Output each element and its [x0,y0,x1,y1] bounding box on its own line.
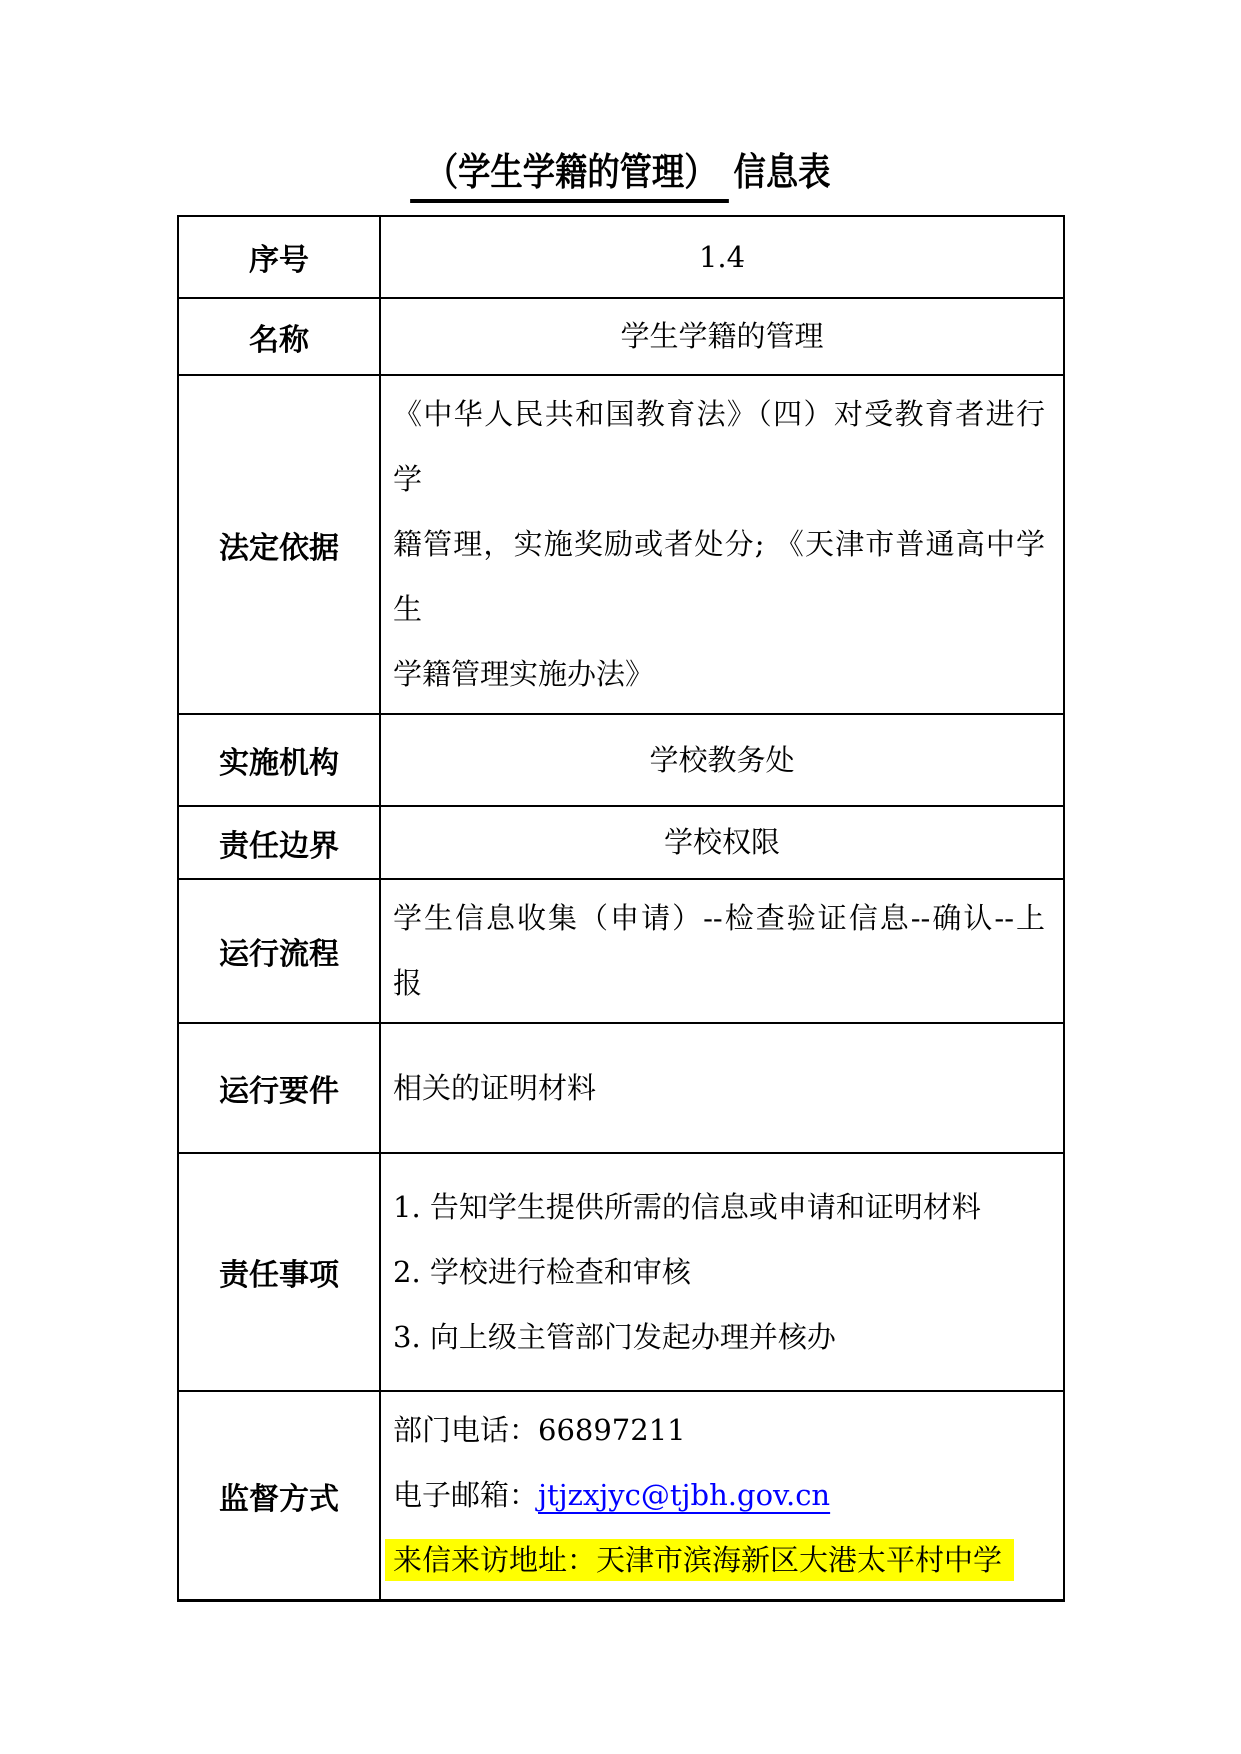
supervision-method-value: 部门电话：66897211 电子邮箱：jtjzxjyc@tjbh.gov.cn … [380,1391,1064,1601]
responsibility-items-label: 责任事项 [178,1153,380,1391]
legal-basis-label: 法定依据 [178,375,380,714]
table-row-responsibility-items: 责任事项 1. 告知学生提供所需的信息或申请和证明材料 2. 学校进行检查和审核… [178,1153,1064,1391]
operation-requirements-label: 运行要件 [178,1023,380,1153]
info-table: 序号 1.4 名称 学生学籍的管理 法定依据 《中华人民共和国教育法》（四）对受… [177,215,1065,1602]
highlighted-address: 来信来访地址：天津市滨海新区大港太平村中学 [385,1539,1014,1581]
implementing-agency-value: 学校教务处 [380,714,1064,806]
table-row-operation-process: 运行流程 学生信息收集（申请）--检查验证信息--确认--上 报 [178,879,1064,1023]
supervision-method-label: 监督方式 [178,1391,380,1601]
address-line: 来信来访地址：天津市滨海新区大港太平村中学 [393,1528,1045,1593]
operation-requirements-value: 相关的证明材料 [380,1023,1064,1153]
table-row-legal-basis: 法定依据 《中华人民共和国教育法》（四）对受教育者进行学 籍管理，实施奖励或者处… [178,375,1064,714]
name-value: 学生学籍的管理 [380,298,1064,375]
operation-process-line-1: 学生信息收集（申请）--检查验证信息--确认--上 [393,886,1045,951]
table-row-operation-requirements: 运行要件 相关的证明材料 [178,1023,1064,1153]
table-row-responsibility-boundary: 责任边界 学校权限 [178,806,1064,879]
legal-basis-line-1: 《中华人民共和国教育法》（四）对受教育者进行学 [393,382,1045,512]
email-link[interactable]: jtjzxjyc@tjbh.gov.cn [538,1478,830,1512]
department-phone-line: 部门电话：66897211 [393,1398,1045,1463]
name-label: 名称 [178,298,380,375]
operation-process-line-2: 报 [393,951,1045,1016]
operation-process-value: 学生信息收集（申请）--检查验证信息--确认--上 报 [380,879,1064,1023]
responsibility-items-value: 1. 告知学生提供所需的信息或申请和证明材料 2. 学校进行检查和审核 3. 向… [380,1153,1064,1391]
implementing-agency-label: 实施机构 [178,714,380,806]
email-line: 电子邮箱：jtjzxjyc@tjbh.gov.cn [393,1463,1045,1528]
legal-basis-line-2: 籍管理，实施奖励或者处分; 《天津市普通高中学生 [393,512,1045,642]
title-underlined-part: （学生学籍的管理） [411,152,729,203]
responsibility-item-1: 1. 告知学生提供所需的信息或申请和证明材料 [393,1175,1045,1240]
legal-basis-line-3: 学籍管理实施办法》 [393,642,1045,707]
table-row-name: 名称 学生学籍的管理 [178,298,1064,375]
title-rest-part: 信息表 [728,152,830,194]
serial-number-label: 序号 [178,216,380,298]
responsibility-item-2: 2. 学校进行检查和审核 [393,1240,1045,1305]
table-row-supervision-method: 监督方式 部门电话：66897211 电子邮箱：jtjzxjyc@tjbh.go… [178,1391,1064,1601]
email-label: 电子邮箱： [393,1478,538,1512]
operation-process-label: 运行流程 [178,879,380,1023]
legal-basis-value: 《中华人民共和国教育法》（四）对受教育者进行学 籍管理，实施奖励或者处分; 《天… [380,375,1064,714]
serial-number-value: 1.4 [380,216,1064,298]
responsibility-boundary-label: 责任边界 [178,806,380,879]
document-page: （学生学籍的管理）信息表 序号 1.4 名称 学生学籍的管理 法定依据 《中华人… [0,0,1241,1754]
responsibility-boundary-value: 学校权限 [380,806,1064,879]
responsibility-item-3: 3. 向上级主管部门发起办理并核办 [393,1305,1045,1370]
table-row-serial-number: 序号 1.4 [178,216,1064,298]
page-title: （学生学籍的管理）信息表 [93,150,1148,196]
table-row-implementing-agency: 实施机构 学校教务处 [178,714,1064,806]
